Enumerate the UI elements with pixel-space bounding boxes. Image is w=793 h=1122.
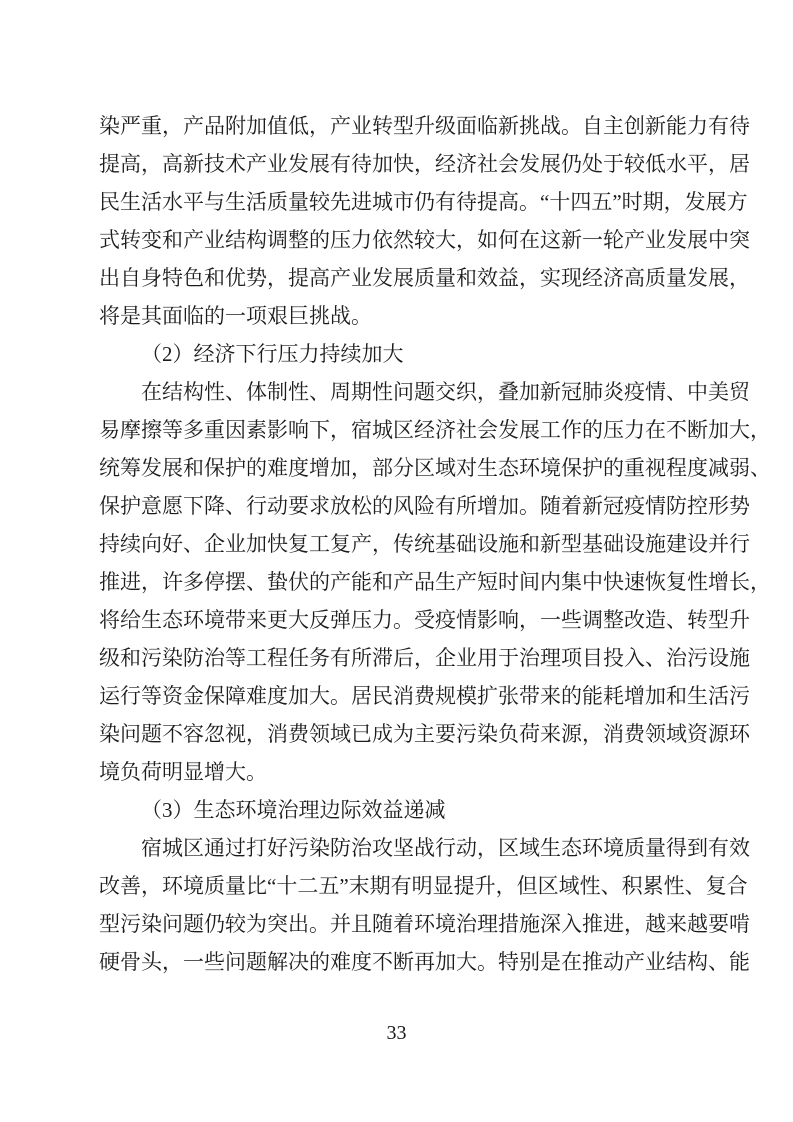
text-line: 境负荷明显增大。 (99, 753, 697, 791)
text-line: 级和污染防治等工程任务有所滞后，企业用于治理项目投入、治污设施 (99, 639, 697, 677)
text-line: 将给生态环境带来更大反弹压力。受疫情影响，一些调整改造、转型升 (99, 601, 697, 639)
text-line: 民生活水平与生活质量较先进城市仍有待提高。“十四五”时期，发展方 (99, 183, 697, 221)
text-line: 宿城区通过打好污染防治攻坚战行动，区域生态环境质量得到有效 (99, 829, 697, 867)
paragraph-marginal-benefit: 宿城区通过打好污染防治攻坚战行动，区域生态环境质量得到有效 改善，环境质量比“十… (99, 829, 697, 981)
paragraph-economic-pressure: 在结构性、体制性、周期性问题交织，叠加新冠肺炎疫情、中美贸 易摩擦等多重因素影响… (99, 373, 697, 791)
text-line: 式转变和产业结构调整的压力依然较大，如何在这新一轮产业发展中突 (99, 221, 697, 259)
section-heading-3: （3）生态环境治理边际效益递减 (99, 791, 697, 829)
text-line: 改善，环境质量比“十二五”末期有明显提升，但区域性、积累性、复合 (99, 867, 697, 905)
text-line: 持续向好、企业加快复工复产，传统基础设施和新型基础设施建设并行 (99, 525, 697, 563)
text-line: 硬骨头，一些问题解决的难度不断再加大。特别是在推动产业结构、能 (99, 943, 697, 981)
text-line: 将是其面临的一项艰巨挑战。 (99, 297, 697, 335)
text-line: 提高，高新技术产业发展有待加快，经济社会发展仍处于较低水平，居 (99, 145, 697, 183)
text-line: 染问题不容忽视，消费领域已成为主要污染负荷来源，消费领域资源环 (99, 715, 697, 753)
text-line: 出自身特色和优势，提高产业发展质量和效益，实现经济高质量发展， (99, 259, 697, 297)
text-line: 运行等资金保障难度加大。居民消费规模扩张带来的能耗增加和生活污 (99, 677, 697, 715)
text-line: 型污染问题仍较为突出。并且随着环境治理措施深入推进，越来越要啃 (99, 905, 697, 943)
section-heading-2: （2）经济下行压力持续加大 (99, 335, 697, 373)
page-number: 33 (0, 1022, 793, 1045)
text-line: 染严重，产品附加值低，产业转型升级面临新挑战。自主创新能力有待 (99, 107, 697, 145)
text-line: 统筹发展和保护的难度增加，部分区域对生态环境保护的重视程度减弱、 (99, 449, 697, 487)
text-line: 保护意愿下降、行动要求放松的风险有所增加。随着新冠疫情防控形势 (99, 487, 697, 525)
document-page: 染严重，产品附加值低，产业转型升级面临新挑战。自主创新能力有待 提高，高新技术产… (0, 0, 793, 1122)
paragraph-continuation: 染严重，产品附加值低，产业转型升级面临新挑战。自主创新能力有待 提高，高新技术产… (99, 107, 697, 335)
text-body: 染严重，产品附加值低，产业转型升级面临新挑战。自主创新能力有待 提高，高新技术产… (99, 107, 697, 981)
text-line: 在结构性、体制性、周期性问题交织，叠加新冠肺炎疫情、中美贸 (99, 373, 697, 411)
text-line: 易摩擦等多重因素影响下，宿城区经济社会发展工作的压力在不断加大， (99, 411, 697, 449)
text-line: 推进，许多停摆、蛰伏的产能和产品生产短时间内集中快速恢复性增长， (99, 563, 697, 601)
